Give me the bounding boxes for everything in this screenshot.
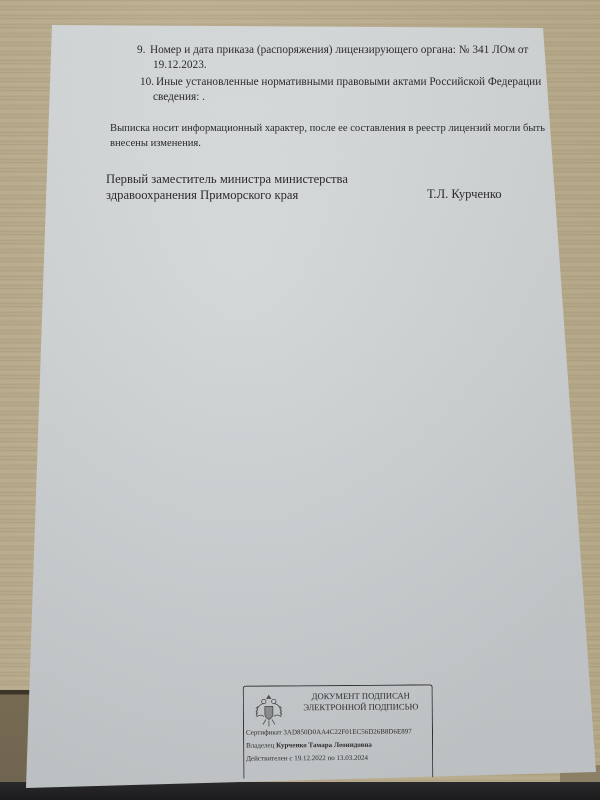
note-line1: Выписка носит информационный характер, п… bbox=[110, 123, 545, 134]
signatory-position-line1: Первый заместитель министра министерства bbox=[106, 172, 348, 187]
item-10-line2: сведения: . bbox=[153, 91, 205, 103]
item-10-number: 10. bbox=[140, 76, 154, 88]
owner-value: Курченко Тамара Леонидовна bbox=[276, 741, 372, 750]
stamp-certificate: Сертификат 3AD850D0AA4C22F01EC56D26B8D6E… bbox=[246, 727, 412, 736]
signatory-name: Т.Л. Курченко bbox=[427, 187, 502, 202]
certificate-label: Сертификат bbox=[246, 728, 282, 736]
stamp-title: ДОКУМЕНТ ПОДПИСАН ЭЛЕКТРОННОЙ ПОДПИСЬЮ bbox=[296, 690, 426, 713]
stamp-owner: Владелец Курченко Тамара Леонидовна bbox=[246, 741, 372, 750]
stamp-validity: Действителен с 19.12.2022 по 13.03.2024 bbox=[246, 754, 368, 763]
item-9-line2: 19.12.2023. bbox=[153, 59, 207, 71]
item-9-line1: Номер и дата приказа (распоряжения) лице… bbox=[150, 44, 528, 56]
certificate-value: 3AD850D0AA4C22F01EC56D26B8D6E897 bbox=[283, 727, 411, 736]
note-line2: внесены изменения. bbox=[110, 138, 201, 149]
signatory-position-line2: здравоохранения Приморского края bbox=[106, 188, 298, 203]
paper-shading bbox=[0, 0, 600, 800]
item-10-line1: Иные установленные нормативными правовым… bbox=[156, 76, 541, 88]
item-9-number: 9. bbox=[137, 44, 145, 56]
stamp-title-line2: ЭЛЕКТРОННОЙ ПОДПИСЬЮ bbox=[296, 701, 426, 713]
coat-of-arms-icon bbox=[254, 692, 284, 730]
stamp-title-line1: ДОКУМЕНТ ПОДПИСАН bbox=[296, 690, 426, 702]
owner-label: Владелец bbox=[246, 741, 274, 749]
e-signature-stamp: ДОКУМЕНТ ПОДПИСАН ЭЛЕКТРОННОЙ ПОДПИСЬЮ С… bbox=[243, 684, 434, 778]
